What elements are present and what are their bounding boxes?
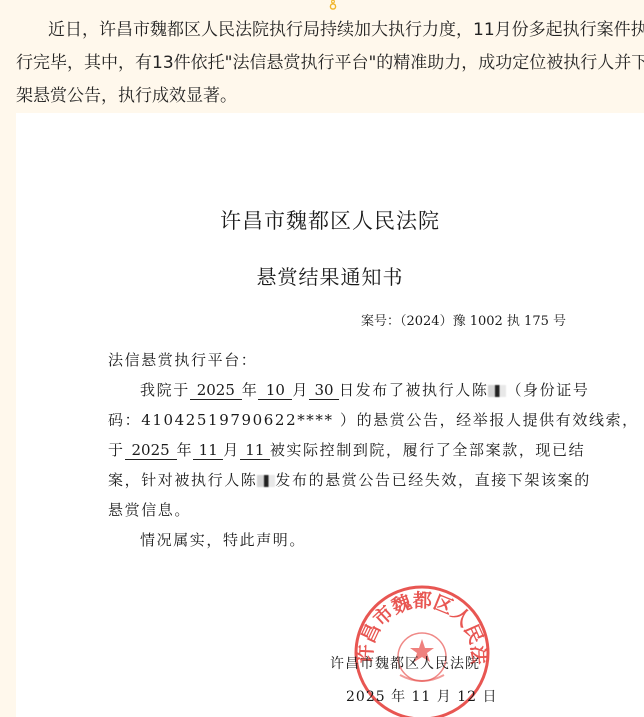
case-number: 案号：（2024）豫 1002 执 175 号 [361,310,566,329]
body-line: 于2025年11月11被实际控制到院，履行了全部案款，现已结 [108,435,578,465]
publish-month: 10 [258,381,292,400]
text: 案，针对被执行人陈 [108,471,257,489]
text: （身份证号 [506,381,589,399]
intro-line: 行完毕，其中，有13件依托"法信悬赏执行平台"的精准助力，成功定位被执行人并下 [16,47,644,80]
text: 于 [108,441,125,459]
control-month: 11 [193,441,223,460]
publish-day: 30 [309,381,339,400]
closing-statement: 情况属实，特此声明。 [108,525,578,555]
text: 我院于 [140,381,190,399]
article-header-area: 近日，许昌市魏都区人民法院执行局持续加大执行力度，11月份多起执行案件执 行完毕… [0,0,644,113]
intro-line: 架悬赏公告，执行成效显著。 [16,80,644,113]
notice-body: 法信悬赏执行平台： 我院于2025年10月30日发布了被执行人陈（身份证号 码：… [108,345,578,555]
signature-court-name: 许昌市魏都区人民法院 [330,653,480,673]
intro-line: 近日，许昌市魏都区人民法院执行局持续加大执行力度，11月份多起执行案件执 [16,14,644,47]
control-day: 11 [240,441,270,460]
text: 被实际控制到院，履行了全部案款，现已结 [270,441,585,459]
text: 月 [292,381,309,399]
body-line: 码：41042519790622**** ）的悬赏公告，经举报人提供有效线索， [108,405,578,435]
signature-date: 2025 年 11 月 12 日 [346,686,498,706]
text: 发布的悬赏公告已经失效，直接下架该案的 [275,471,590,489]
body-line: 我院于2025年10月30日发布了被执行人陈（身份证号 [108,375,578,405]
notice-document-image: 许昌市魏都区人民法院 悬赏结果通知书 案号：（2024）豫 1002 执 175… [16,113,644,717]
body-line: 悬赏信息。 [108,495,578,525]
intro-paragraph: 近日，许昌市魏都区人民法院执行局持续加大执行力度，11月份多起执行案件执 行完毕… [16,14,644,113]
body-line: 案，针对被执行人陈发布的悬赏公告已经失效，直接下架该案的 [108,465,578,495]
redacted-name [257,475,275,487]
control-year: 2025 [125,441,177,460]
gold-ring-ornament-icon [329,0,337,10]
text: 年 [177,441,194,459]
addressee: 法信悬赏执行平台： [108,345,578,375]
text: 日发布了被执行人陈 [339,381,488,399]
text: 年 [242,381,259,399]
redacted-name [488,385,506,397]
court-name-heading: 许昌市魏都区人民法院 [16,205,644,235]
publish-year: 2025 [190,381,242,400]
text: 月 [223,441,240,459]
notice-title: 悬赏结果通知书 [16,261,644,290]
